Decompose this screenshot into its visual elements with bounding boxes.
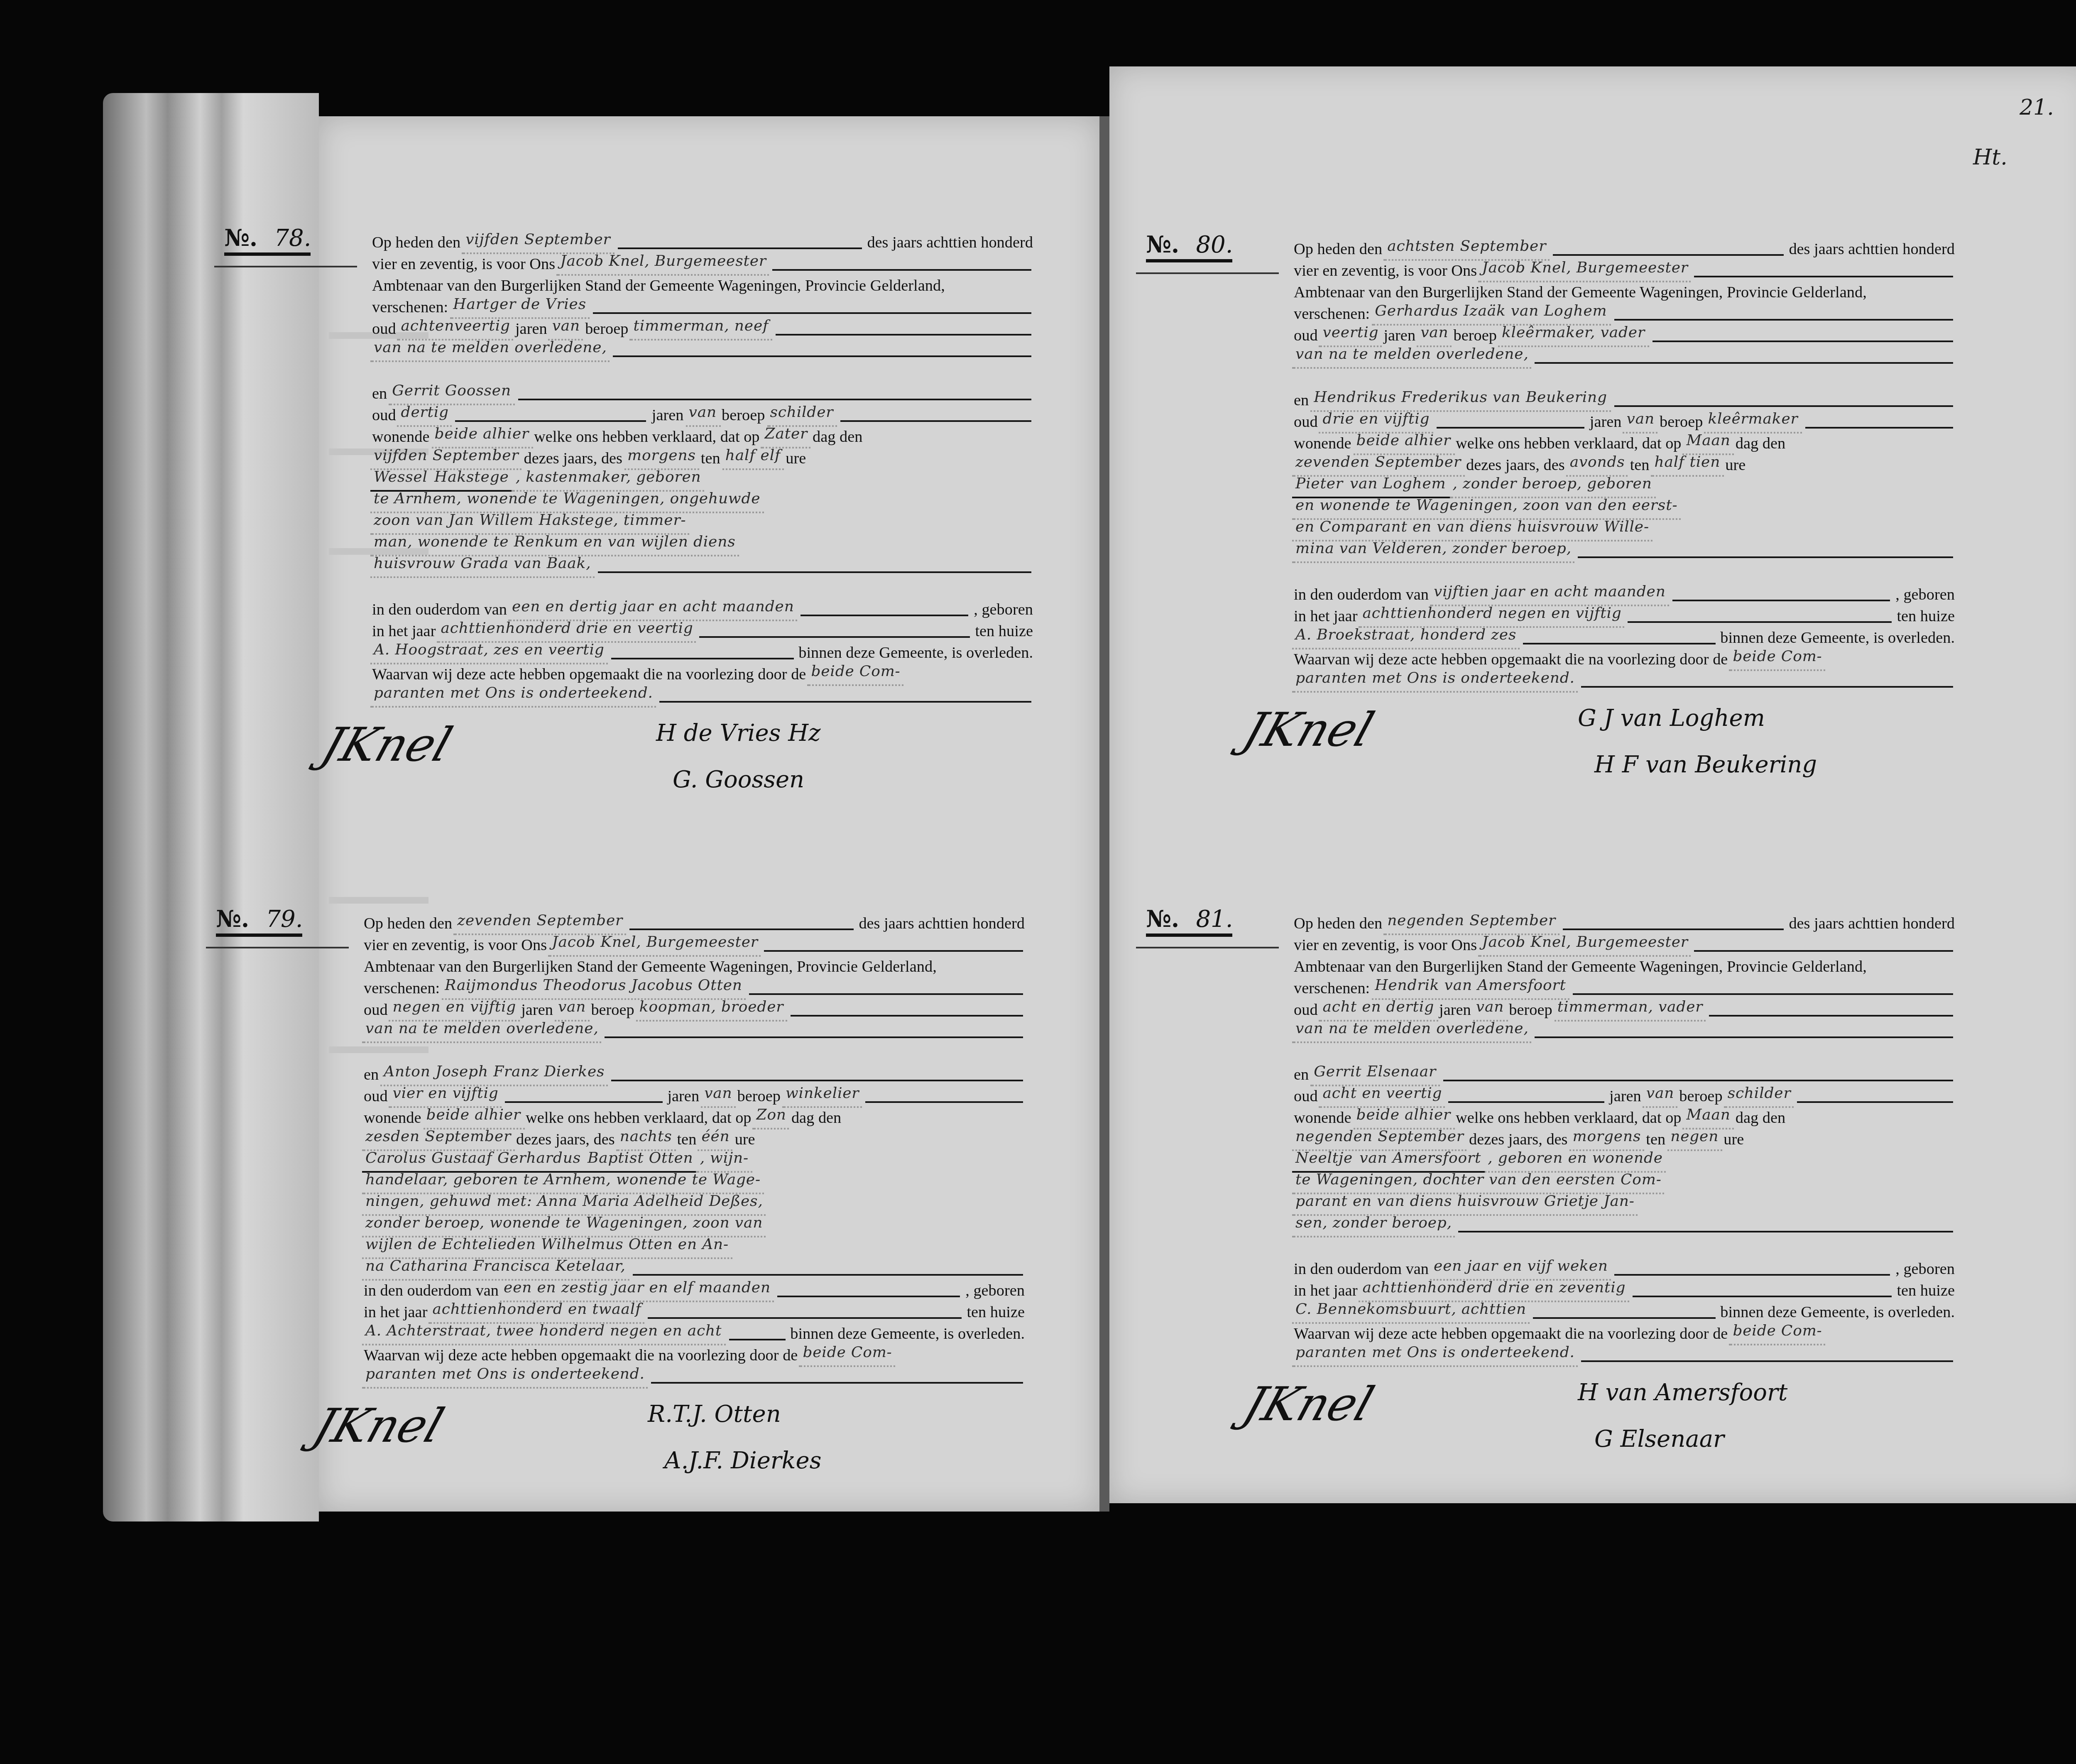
printed-text: des jaars achttien honderd bbox=[1787, 914, 1956, 935]
printed-text: ten bbox=[699, 448, 722, 470]
number-underline bbox=[214, 266, 357, 267]
record-line: Waarvan wij deze acte hebben opgemaakt d… bbox=[362, 1345, 1026, 1367]
blank-line bbox=[1533, 1317, 1715, 1319]
record-number-label: №.81. bbox=[1146, 910, 1233, 937]
record-line: mina van Velderen, zonder beroep, bbox=[1292, 541, 1956, 563]
record-line: Waarvan wij deze acte hebben opgemaakt d… bbox=[1292, 1324, 1956, 1345]
blank-line bbox=[1562, 929, 1784, 930]
record-line: huisvrouw Grada van Baak, bbox=[370, 556, 1035, 578]
blank-line bbox=[1709, 1015, 1953, 1017]
record-line: oudnegen en vijftigjarenvanberoepkoopman… bbox=[362, 1000, 1026, 1022]
handwritten-entry: , geboren en wonende bbox=[1484, 1149, 1666, 1173]
number-underline bbox=[1136, 272, 1279, 274]
handwritten-entry: Zater bbox=[761, 425, 811, 448]
printed-text: Ambtenaar van den Burgerlijken Stand der… bbox=[1292, 282, 1868, 304]
printed-text: en bbox=[362, 1065, 380, 1086]
spacer bbox=[1292, 563, 1956, 585]
handwritten-entry: Gerhardus Izaäk van Loghem bbox=[1371, 302, 1610, 326]
printed-text: Ambtenaar van den Burgerlijken Stand der… bbox=[362, 957, 938, 978]
handwritten-entry: één bbox=[698, 1128, 733, 1151]
handwritten-entry: Anton Joseph Franz Dierkes bbox=[380, 1063, 608, 1086]
record-line: wonendebeide alhierwelke ons hebben verk… bbox=[1292, 1108, 1956, 1129]
blank-line bbox=[651, 1382, 1023, 1384]
printed-text: ure bbox=[1723, 455, 1747, 477]
blank-line bbox=[605, 1036, 1023, 1038]
handwritten-entry: avonds bbox=[1567, 453, 1628, 477]
printed-text: wonende bbox=[1292, 434, 1353, 455]
record-line: en wonende te Wageningen, zoon van den e… bbox=[1292, 498, 1956, 520]
record-line: paranten met Ons is onderteekend. bbox=[1292, 671, 1956, 693]
record-line: te Wageningen, dochter van den eersten C… bbox=[1292, 1173, 1956, 1194]
spacer bbox=[370, 362, 1035, 384]
handwritten-entry: een en zestig jaar en elf maanden bbox=[500, 1279, 774, 1302]
blank-line bbox=[598, 571, 1032, 573]
handwritten-entry: achtsten September bbox=[1384, 238, 1550, 261]
record-line: negenden Septemberdezes jaars, desmorgen… bbox=[1292, 1129, 1956, 1151]
record-line: Ambtenaar van den Burgerlijken Stand der… bbox=[370, 276, 1035, 297]
printed-text: ure bbox=[733, 1129, 757, 1151]
record-line: ouddrie en vijftigjarenvanberoepkleêrmak… bbox=[1292, 412, 1956, 434]
handwritten-entry: van bbox=[685, 404, 720, 427]
handwritten-entry: Maan bbox=[1683, 432, 1734, 455]
blank-line bbox=[1436, 427, 1584, 429]
printed-text: ten bbox=[1644, 1129, 1667, 1151]
handwritten-entry: half tien bbox=[1651, 453, 1724, 477]
printed-text: dezes jaars, des bbox=[1467, 1129, 1569, 1151]
printed-text: Op heden den bbox=[1292, 914, 1384, 935]
blank-line bbox=[765, 950, 1023, 952]
blank-line bbox=[505, 1101, 663, 1103]
no-symbol: №. bbox=[216, 907, 249, 933]
printed-text: , geboren bbox=[972, 600, 1035, 621]
handwritten-entry: achttienhonderd negen en vijftig bbox=[1359, 605, 1625, 628]
handwritten-entry: A. Broekstraat, honderd zes bbox=[1292, 626, 1520, 649]
record-line: zesden Septemberdezes jaars, desnachtste… bbox=[362, 1129, 1026, 1151]
deceased-name: Carolus Gustaaf Gerhardus bbox=[362, 1149, 584, 1173]
handwritten-entry: beide alhier bbox=[1353, 432, 1454, 455]
signature-mayor: JKnel bbox=[321, 734, 453, 756]
record-body: Op heden denvijfden Septemberdes jaars a… bbox=[370, 233, 1035, 708]
printed-text: beroep bbox=[583, 319, 630, 341]
printed-text: wonende bbox=[362, 1108, 423, 1129]
handwritten-entry: schilder bbox=[1724, 1085, 1794, 1108]
no-symbol: №. bbox=[1146, 907, 1179, 933]
record-line: zonder beroep, wonende te Wageningen, zo… bbox=[362, 1216, 1026, 1237]
signature-mayor: JKnel bbox=[312, 1415, 445, 1437]
printed-text: in het jaar bbox=[1292, 1281, 1359, 1302]
printed-text: jaren bbox=[1437, 1000, 1473, 1022]
blank-line bbox=[777, 1296, 960, 1297]
handwritten-entry: vijfden September bbox=[370, 447, 522, 470]
handwritten-entry: morgens bbox=[1569, 1128, 1645, 1151]
record-number: 79. bbox=[266, 907, 303, 933]
printed-text: Op heden den bbox=[362, 914, 454, 935]
record-line: A. Achterstraat, twee honderd negen en a… bbox=[362, 1324, 1026, 1345]
number-underline bbox=[1136, 947, 1279, 948]
record-line: in het jaarachttienhonderd drie en veert… bbox=[370, 621, 1035, 643]
handwritten-entry: A. Hoogstraat, zes en veertig bbox=[370, 641, 608, 664]
record-line: in het jaarachttienhonderd en twaalften … bbox=[362, 1302, 1026, 1324]
signature-mayor: JKnel bbox=[1242, 1394, 1375, 1415]
record-line: Ambtenaar van den Burgerlijken Stand der… bbox=[1292, 957, 1956, 978]
handwritten-entry: van bbox=[1417, 324, 1452, 347]
scanned-register-spread: 21. Ht. №.78.Op heden denvijfden Septemb… bbox=[0, 0, 2076, 1764]
record-number-label: №.80. bbox=[1146, 236, 1233, 262]
handwritten-entry: Raijmondus Theodorus Jacobus Otten bbox=[441, 977, 746, 1000]
handwritten-entry: Gerrit Elsenaar bbox=[1310, 1063, 1439, 1086]
handwritten-entry: achttienhonderd drie en veertig bbox=[437, 620, 696, 643]
printed-text: des jaars achttien honderd bbox=[865, 233, 1035, 254]
record-line: A. Broekstraat, honderd zesbinnen deze G… bbox=[1292, 628, 1956, 649]
blank-line bbox=[700, 636, 970, 638]
handwritten-entry: huisvrouw Grada van Baak, bbox=[370, 555, 595, 578]
blank-line bbox=[1459, 1231, 1953, 1232]
printed-text: , geboren bbox=[1894, 1259, 1956, 1281]
printed-text: jaren bbox=[514, 319, 549, 341]
handwritten-entry: zevenden September bbox=[454, 912, 626, 935]
printed-text: jaren bbox=[1588, 412, 1623, 434]
blank-line bbox=[1672, 600, 1890, 601]
record-line: van na te melden overledene, bbox=[1292, 347, 1956, 369]
handwritten-entry: Hendrikus Frederikus van Beukering bbox=[1310, 389, 1611, 412]
handwritten-entry: parant en van diens huisvrouw Grietje Ja… bbox=[1292, 1193, 1638, 1216]
blank-line bbox=[840, 420, 1031, 422]
record-line: in den ouderdom vanvijftien jaar en acht… bbox=[1292, 585, 1956, 606]
handwritten-entry: vier en vijftig bbox=[389, 1085, 502, 1108]
signature-block: JKnelH de Vries HzG. Goossen bbox=[324, 724, 988, 874]
printed-text: dag den bbox=[1734, 434, 1787, 455]
blank-line bbox=[611, 658, 794, 659]
signature-declarant-1: H de Vries Hz bbox=[656, 724, 821, 746]
handwritten-entry: veertig bbox=[1320, 324, 1382, 347]
printed-text: dezes jaars, des bbox=[522, 448, 624, 470]
blank-line bbox=[1614, 405, 1953, 407]
handwritten-entry: paranten met Ons is onderteekend. bbox=[370, 684, 656, 708]
blank-line bbox=[1695, 950, 1953, 952]
blank-line bbox=[617, 247, 862, 249]
record-line: van na te melden overledene, bbox=[1292, 1022, 1956, 1043]
printed-text: ten huize bbox=[965, 1302, 1026, 1324]
blank-line bbox=[1581, 1360, 1953, 1362]
handwritten-entry: man, wonende te Renkum en van wijlen die… bbox=[370, 533, 739, 556]
handwritten-entry: Jacob Knel, Burgemeester bbox=[1479, 933, 1692, 957]
record-line: vijfden Septemberdezes jaars, desmorgens… bbox=[370, 448, 1035, 470]
blank-line bbox=[1449, 1101, 1604, 1103]
record-line: Carolus Gustaaf GerhardusBaptist Otten, … bbox=[362, 1151, 1026, 1173]
handwritten-entry: Hendrik van Amersfoort bbox=[1371, 977, 1569, 1000]
blank-line bbox=[1695, 276, 1953, 277]
printed-text: des jaars achttien honderd bbox=[1787, 239, 1956, 261]
printed-text: binnen deze Gemeente, is overleden. bbox=[1719, 628, 1956, 649]
record-line: oudachtenveertigjarenvanberoeptimmerman,… bbox=[370, 319, 1035, 341]
handwritten-entry: paranten met Ons is onderteekend. bbox=[1292, 669, 1578, 693]
printed-text: en bbox=[1292, 1065, 1310, 1086]
printed-text: ten bbox=[1628, 455, 1651, 477]
printed-text: welke ons hebben verklaard, dat op bbox=[1454, 1108, 1683, 1129]
blank-line bbox=[1805, 427, 1953, 429]
handwritten-entry: Gerrit Goossen bbox=[389, 382, 514, 405]
record-line: zoon van Jan Willem Hakstege, timmer- bbox=[370, 513, 1035, 535]
record-body: Op heden denachtsten Septemberdes jaars … bbox=[1292, 239, 1956, 693]
printed-text: beroep bbox=[736, 1086, 782, 1108]
blank-line bbox=[1553, 254, 1784, 256]
printed-text: oud bbox=[370, 405, 398, 427]
record-line: wonendebeide alhierwelke ons hebben verk… bbox=[370, 427, 1035, 448]
spacer bbox=[1292, 1043, 1956, 1065]
blank-line bbox=[455, 420, 647, 422]
blank-line bbox=[1797, 1101, 1953, 1103]
record-line: Ambtenaar van den Burgerlijken Stand der… bbox=[362, 957, 1026, 978]
handwritten-entry: schilder bbox=[766, 404, 837, 427]
printed-text: , geboren bbox=[1894, 585, 1956, 606]
printed-text: beroep bbox=[1658, 412, 1704, 434]
printed-text: ten huize bbox=[973, 621, 1035, 643]
book-binding-edge bbox=[103, 93, 319, 1521]
printed-text: vier en zeventig, is voor Ons bbox=[362, 935, 548, 957]
handwritten-entry: timmerman, vader bbox=[1554, 998, 1706, 1022]
deceased-name: van Loghem bbox=[1346, 475, 1449, 498]
handwritten-entry: van bbox=[701, 1085, 735, 1108]
blank-line bbox=[1628, 621, 1892, 623]
blank-line bbox=[801, 615, 969, 616]
printed-text: wonende bbox=[1292, 1108, 1353, 1129]
deceased-name: van Amersfoort bbox=[1356, 1149, 1484, 1173]
record-line: Op heden denachtsten Septemberdes jaars … bbox=[1292, 239, 1956, 261]
blank-line bbox=[728, 1339, 785, 1340]
record-line: vier en zeventig, is voor OnsJacob Knel,… bbox=[362, 935, 1026, 957]
record-line: paranten met Ons is onderteekend. bbox=[370, 686, 1035, 708]
record-line: vier en zeventig, is voor OnsJacob Knel,… bbox=[1292, 261, 1956, 282]
blank-line bbox=[1573, 993, 1953, 995]
signature-declarant-1: G J van Loghem bbox=[1578, 709, 1765, 731]
record-line: Op heden denvijfden Septemberdes jaars a… bbox=[370, 233, 1035, 254]
blank-line bbox=[648, 1317, 962, 1319]
handwritten-entry: , wijn- bbox=[697, 1149, 752, 1173]
printed-text: jaren bbox=[666, 1086, 701, 1108]
printed-text: dezes jaars, des bbox=[1464, 455, 1567, 477]
blank-line bbox=[1615, 1274, 1890, 1276]
printed-text: in den ouderdom van bbox=[370, 600, 509, 621]
handwritten-entry: zonder beroep, wonende te Wageningen, zo… bbox=[362, 1214, 766, 1237]
printed-text: beroep bbox=[1452, 326, 1498, 347]
handwritten-entry: Maan bbox=[1683, 1106, 1734, 1129]
printed-text: verschenen: bbox=[362, 978, 441, 1000]
handwritten-entry: van bbox=[1473, 998, 1507, 1022]
deceased-name: Baptist Otten bbox=[584, 1149, 697, 1173]
handwritten-entry: Jacob Knel, Burgemeester bbox=[557, 252, 770, 276]
signature-block: JKnelH van AmersfoortG Elsenaar bbox=[1246, 1384, 1910, 1533]
handwritten-entry: een en dertig jaar en acht maanden bbox=[509, 598, 798, 621]
signature-declarant-2: G Elsenaar bbox=[1594, 1430, 1724, 1452]
bleed-through-mark bbox=[329, 897, 428, 904]
handwritten-entry: achtenveertig bbox=[398, 317, 514, 341]
handwritten-entry: handelaar, geboren te Arnhem, wonende te… bbox=[362, 1171, 764, 1194]
record-line: oudacht en veertigjarenvanberoepschilder bbox=[1292, 1086, 1956, 1108]
handwritten-entry: mina van Velderen, zonder beroep, bbox=[1292, 540, 1575, 563]
printed-text: dag den bbox=[1734, 1108, 1787, 1129]
record-line: van na te melden overledene, bbox=[370, 341, 1035, 362]
handwritten-entry: zesden September bbox=[362, 1128, 514, 1151]
printed-text: jaren bbox=[650, 405, 685, 427]
printed-text: Ambtenaar van den Burgerlijken Stand der… bbox=[370, 276, 947, 297]
blank-line bbox=[790, 1015, 1023, 1017]
printed-text: in den ouderdom van bbox=[362, 1281, 500, 1302]
record-line: verschenen:Hendrik van Amersfoort bbox=[1292, 978, 1956, 1000]
initial-mark: Ht. bbox=[1973, 146, 2007, 171]
record-line: Op heden denzevenden Septemberdes jaars … bbox=[362, 914, 1026, 935]
handwritten-entry: acht en veertig bbox=[1320, 1085, 1446, 1108]
spacer bbox=[1292, 1237, 1956, 1259]
printed-text: oud bbox=[1292, 1086, 1320, 1108]
handwritten-entry: van bbox=[1623, 410, 1658, 434]
printed-text: vier en zeventig, is voor Ons bbox=[370, 254, 557, 276]
blank-line bbox=[1523, 643, 1715, 644]
deceased-name: Neeltje bbox=[1292, 1149, 1356, 1173]
printed-text: beroep bbox=[1677, 1086, 1724, 1108]
page-number: 21. bbox=[2020, 96, 2054, 121]
handwritten-entry: , zonder beroep, geboren bbox=[1449, 475, 1655, 498]
no-symbol: №. bbox=[224, 226, 257, 252]
blank-line bbox=[518, 399, 1031, 400]
record-line: te Arnhem, wonende te Wageningen, ongehu… bbox=[370, 492, 1035, 513]
blank-line bbox=[866, 1101, 1023, 1103]
record-line: Waarvan wij deze acte hebben opgemaakt d… bbox=[370, 664, 1035, 686]
spacer bbox=[1292, 369, 1956, 390]
printed-text: en bbox=[370, 384, 389, 405]
printed-text: beroep bbox=[720, 405, 766, 427]
printed-text: welke ons hebben verklaard, dat op bbox=[532, 427, 761, 448]
blank-line bbox=[1614, 319, 1954, 321]
handwritten-entry: kleêrmaker, vader bbox=[1498, 324, 1648, 347]
record-line: verschenen:Gerhardus Izaäk van Loghem bbox=[1292, 304, 1956, 326]
deceased-name: Pieter bbox=[1292, 475, 1346, 498]
handwritten-entry: timmerman, neef bbox=[630, 317, 772, 341]
record-line: man, wonende te Renkum en van wijlen die… bbox=[370, 535, 1035, 556]
signature-block: JKnelR.T.J. OttenA.J.F. Dierkes bbox=[316, 1405, 980, 1555]
record-line: Ambtenaar van den Burgerlijken Stand der… bbox=[1292, 282, 1956, 304]
blank-line bbox=[775, 334, 1031, 336]
printed-text: binnen deze Gemeente, is overleden. bbox=[1719, 1302, 1956, 1324]
handwritten-entry: Jacob Knel, Burgemeester bbox=[548, 933, 761, 957]
handwritten-entry: achttienhonderd en twaalf bbox=[429, 1301, 644, 1324]
record-line: enHendrikus Frederikus van Beukering bbox=[1292, 390, 1956, 412]
printed-text: oud bbox=[362, 1000, 389, 1022]
record-line: Pietervan Loghem, zonder beroep, geboren bbox=[1292, 477, 1956, 498]
handwritten-entry: drie en vijftig bbox=[1320, 410, 1433, 434]
record-line: verschenen:Raijmondus Theodorus Jacobus … bbox=[362, 978, 1026, 1000]
record-number: 81. bbox=[1196, 907, 1233, 933]
signature-declarant-2: G. Goossen bbox=[673, 771, 804, 792]
record-number: 80. bbox=[1196, 233, 1233, 259]
record-line: in den ouderdom vaneen en dertig jaar en… bbox=[370, 600, 1035, 621]
record-body: Op heden denzevenden Septemberdes jaars … bbox=[362, 914, 1026, 1389]
handwritten-entry: van na te melden overledene, bbox=[362, 1020, 602, 1043]
handwritten-entry: en Comparant en van diens huisvrouw Will… bbox=[1292, 518, 1652, 541]
blank-line bbox=[632, 1274, 1023, 1276]
blank-line bbox=[1581, 686, 1953, 688]
signature-declarant-2: H F van Beukering bbox=[1594, 756, 1817, 777]
printed-text: oud bbox=[370, 319, 398, 341]
blank-line bbox=[611, 1080, 1023, 1081]
record-line: Neeltjevan Amersfoort, geboren en wonend… bbox=[1292, 1151, 1956, 1173]
printed-text: in het jaar bbox=[362, 1302, 429, 1324]
printed-text: oud bbox=[1292, 412, 1320, 434]
printed-text: oud bbox=[362, 1086, 389, 1108]
record-line: wonendebeide alhierwelke ons hebben verk… bbox=[1292, 434, 1956, 455]
handwritten-entry: acht en dertig bbox=[1320, 998, 1438, 1022]
printed-text: Waarvan wij deze acte hebben opgemaakt d… bbox=[1292, 1324, 1729, 1345]
spacer bbox=[362, 1043, 1026, 1065]
record-number: 78. bbox=[274, 226, 311, 252]
handwritten-entry: C. Bennekomsbuurt, achttien bbox=[1292, 1301, 1530, 1324]
record-line: parant en van diens huisvrouw Grietje Ja… bbox=[1292, 1194, 1956, 1216]
record-line: verschenen:Hartger de Vries bbox=[370, 297, 1035, 319]
printed-text: vier en zeventig, is voor Ons bbox=[1292, 261, 1479, 282]
printed-text: dezes jaars, des bbox=[514, 1129, 617, 1151]
printed-text: in den ouderdom van bbox=[1292, 1259, 1430, 1281]
printed-text: ten huize bbox=[1895, 1281, 1956, 1302]
printed-text: oud bbox=[1292, 1000, 1320, 1022]
printed-text: , geboren bbox=[964, 1281, 1026, 1302]
handwritten-entry: paranten met Ons is onderteekend. bbox=[362, 1365, 648, 1389]
handwritten-entry: van na te melden overledene, bbox=[1292, 345, 1532, 369]
record-line: enGerrit Goossen bbox=[370, 384, 1035, 405]
printed-text: jaren bbox=[519, 1000, 555, 1022]
record-line: ningen, gehuwd met: Anna Maria Adelheid … bbox=[362, 1194, 1026, 1216]
record-line: in het jaarachttienhonderd negen en vijf… bbox=[1292, 606, 1956, 628]
record-line: enGerrit Elsenaar bbox=[1292, 1065, 1956, 1086]
printed-text: ure bbox=[784, 448, 808, 470]
blank-line bbox=[1443, 1080, 1953, 1081]
handwritten-entry: A. Achterstraat, twee honderd negen en a… bbox=[362, 1322, 725, 1345]
printed-text: ten bbox=[675, 1129, 698, 1151]
deceased-name: Wessel bbox=[370, 468, 431, 492]
handwritten-entry: beide Com- bbox=[1729, 1322, 1825, 1345]
handwritten-entry: te Arnhem, wonende te Wageningen, ongehu… bbox=[370, 490, 764, 513]
record-line: oudacht en dertigjarenvanberoeptimmerman… bbox=[1292, 1000, 1956, 1022]
handwritten-entry: beide Com- bbox=[1729, 648, 1825, 671]
handwritten-entry: van bbox=[549, 317, 583, 341]
handwritten-entry: negen bbox=[1667, 1128, 1722, 1151]
handwritten-entry: kleêrmaker bbox=[1704, 410, 1801, 434]
handwritten-entry: Hartger de Vries bbox=[450, 296, 590, 319]
handwritten-entry: nachts bbox=[617, 1128, 676, 1151]
record-line: zevenden Septemberdezes jaars, desavonds… bbox=[1292, 455, 1956, 477]
printed-text: Waarvan wij deze acte hebben opgemaakt d… bbox=[370, 664, 808, 686]
deceased-name: Hakstege bbox=[431, 468, 512, 492]
record-line: van na te melden overledene, bbox=[362, 1022, 1026, 1043]
record-line: oudveertigjarenvanberoepkleêrmaker, vade… bbox=[1292, 326, 1956, 347]
printed-text: welke ons hebben verklaard, dat op bbox=[1454, 434, 1683, 455]
record-line: in den ouderdom vaneen en zestig jaar en… bbox=[362, 1281, 1026, 1302]
handwritten-entry: vijftien jaar en acht maanden bbox=[1430, 583, 1669, 606]
handwritten-entry: van bbox=[1643, 1085, 1677, 1108]
handwritten-entry: sen, zonder beroep, bbox=[1292, 1214, 1455, 1237]
handwritten-entry: van bbox=[555, 998, 589, 1022]
printed-text: ure bbox=[1722, 1129, 1746, 1151]
number-underline bbox=[206, 947, 349, 948]
blank-line bbox=[629, 929, 854, 930]
blank-line bbox=[749, 993, 1023, 995]
handwritten-entry: van na te melden overledene, bbox=[370, 339, 610, 362]
printed-text: Ambtenaar van den Burgerlijken Stand der… bbox=[1292, 957, 1868, 978]
printed-text: wonende bbox=[370, 427, 431, 448]
record-line: wonendebeide alhierwelke ons hebben verk… bbox=[362, 1108, 1026, 1129]
printed-text: dag den bbox=[790, 1108, 843, 1129]
record-line: vier en zeventig, is voor OnsJacob Knel,… bbox=[1292, 935, 1956, 957]
handwritten-entry: zoon van Jan Willem Hakstege, timmer- bbox=[370, 512, 689, 535]
printed-text: in het jaar bbox=[370, 621, 437, 643]
